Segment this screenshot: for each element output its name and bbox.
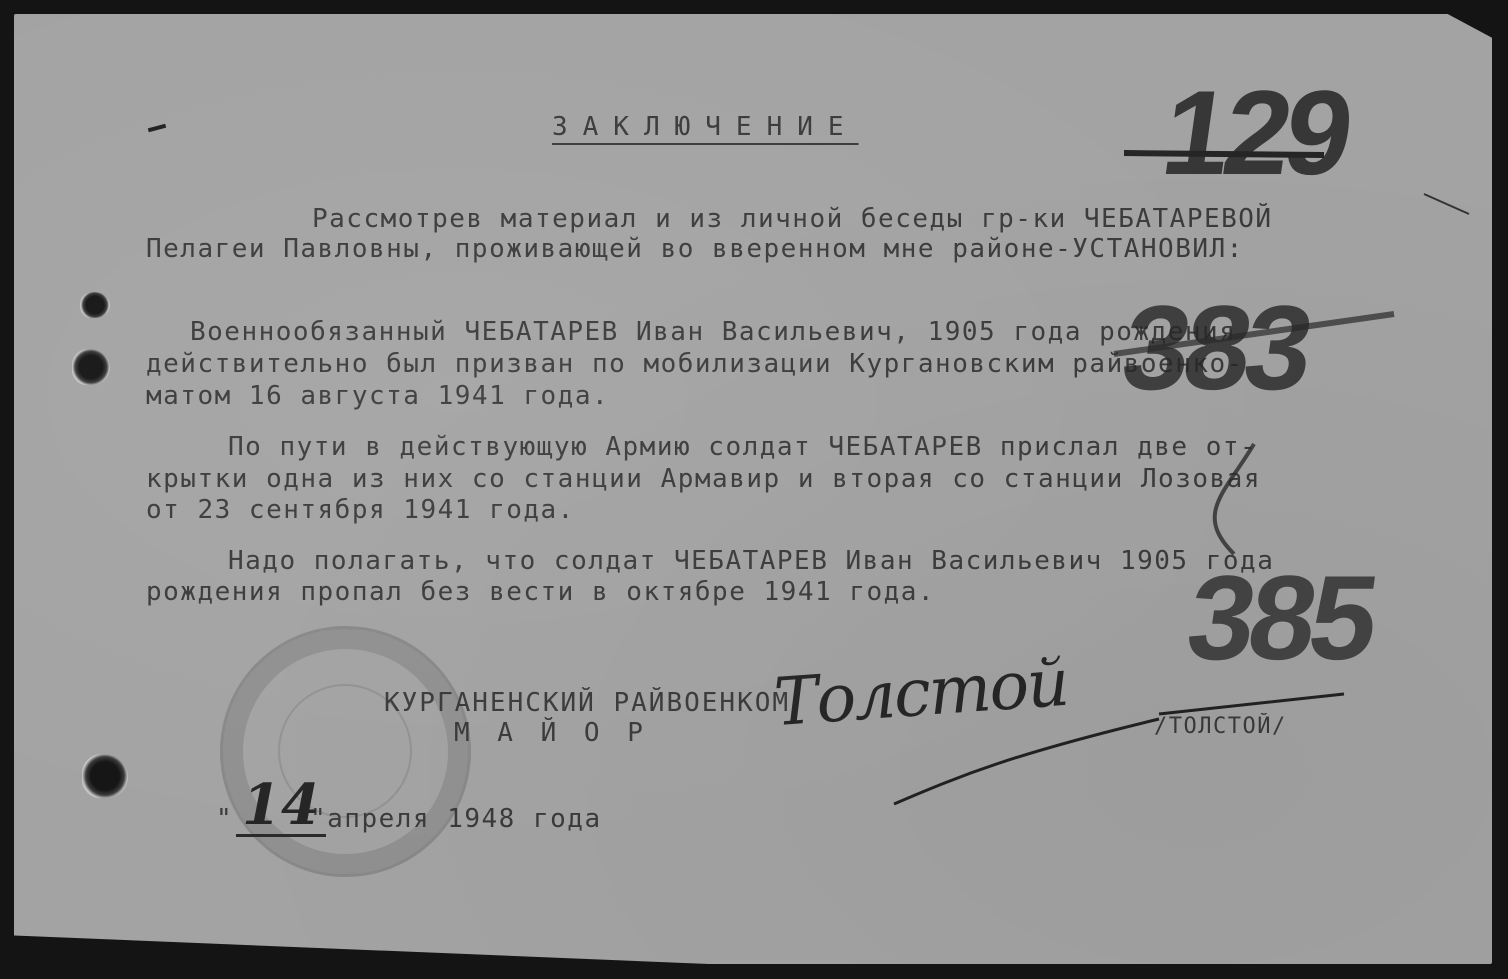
signature-flourish: [894, 694, 1344, 804]
scanned-document-paper: ЗАКЛЮЧЕНИЕ Рассмотрев материал и из личн…: [14, 14, 1492, 964]
pencil-curve: [1215, 444, 1254, 554]
pen-strokes: [14, 14, 1492, 964]
strike-through-middle: [1114, 314, 1394, 354]
strike-through-top: [1124, 153, 1324, 155]
slash-mark: [1424, 194, 1469, 214]
